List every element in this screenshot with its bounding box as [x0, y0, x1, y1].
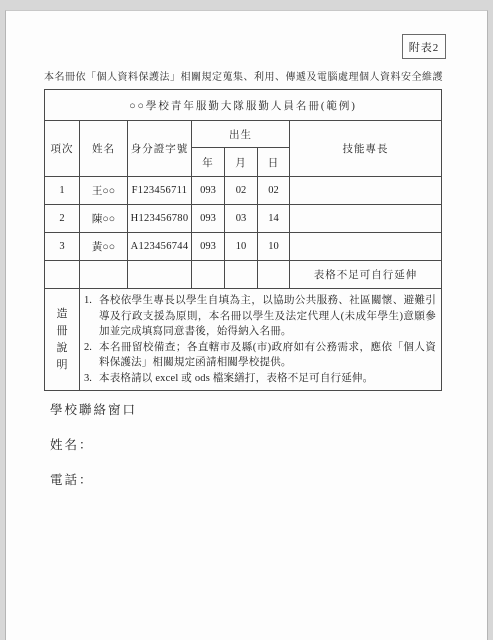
- appendix-tag-box: 附表2: [402, 34, 446, 59]
- cell-name: 王○○: [80, 177, 128, 205]
- header-name: 姓名: [80, 121, 128, 177]
- cell-id-number: F123456711: [128, 177, 192, 205]
- header-year: 年: [192, 148, 225, 177]
- cell-skills: [290, 177, 442, 205]
- cell-id-number: A123456744: [128, 233, 192, 261]
- header-index: 項次: [45, 121, 80, 177]
- cell-id-number: H123456780: [128, 205, 192, 233]
- notes-list: 1. 各校依學生專長以學生自填為主，以協助公共服務、社區關懷、避難引導及行政支援…: [80, 289, 441, 390]
- table-title: ○○學校青年服勤大隊服勤人員名冊(範例): [45, 90, 442, 121]
- extend-row: 表格不足可自行延伸: [45, 261, 442, 289]
- contact-name-label: 姓名：: [50, 435, 94, 453]
- privacy-statement: 本名冊依「個人資料保護法」相關規定蒐集、利用、傳遞及電腦處理個人資料安全維護: [44, 68, 441, 83]
- table-header-row-top: 項次 姓名 身分證字號 出生 技能專長: [45, 121, 442, 148]
- cell-id-empty: [128, 261, 192, 289]
- notes-label-vertical: 造冊說明: [56, 306, 69, 374]
- cell-index: 2: [45, 205, 80, 233]
- cell-day-empty: [258, 261, 290, 289]
- cell-skills: [290, 205, 442, 233]
- cell-month-empty: [225, 261, 258, 289]
- cell-day: 10: [258, 233, 290, 261]
- notes-cell: 1. 各校依學生專長以學生自填為主，以協助公共服務、社區關懷、避難引導及行政支援…: [80, 289, 442, 391]
- appendix-tag-label: 附表2: [409, 39, 440, 55]
- cell-name: 陳○○: [80, 205, 128, 233]
- cell-year: 093: [192, 233, 225, 261]
- cell-day: 02: [258, 177, 290, 205]
- table-row: 3 黃○○ A123456744 093 10 10: [45, 233, 442, 261]
- table-row: 1 王○○ F123456711 093 02 02: [45, 177, 442, 205]
- table-title-row: ○○學校青年服勤大隊服勤人員名冊(範例): [45, 90, 442, 121]
- note-item: 3. 本表格請以 excel 或 ods 檔案繕打，表格不足可自行延伸。: [84, 371, 436, 387]
- note-number: 2.: [84, 340, 99, 371]
- notes-row: 造冊說明 1. 各校依學生專長以學生自填為主，以協助公共服務、社區關懷、避難引導…: [45, 289, 442, 391]
- header-day: 日: [258, 148, 290, 177]
- note-number: 3.: [84, 371, 99, 387]
- notes-label-cell: 造冊說明: [45, 289, 80, 391]
- cell-year-empty: [192, 261, 225, 289]
- header-birth: 出生: [192, 121, 290, 148]
- note-text: 本表格請以 excel 或 ods 檔案繕打，表格不足可自行延伸。: [99, 371, 436, 387]
- cell-month: 10: [225, 233, 258, 261]
- cell-month: 03: [225, 205, 258, 233]
- table-row: 2 陳○○ H123456780 093 03 14: [45, 205, 442, 233]
- note-number: 1.: [84, 293, 99, 340]
- cell-index: 1: [45, 177, 80, 205]
- scanned-document-page: 附表2 本名冊依「個人資料保護法」相關規定蒐集、利用、傳遞及電腦處理個人資料安全…: [5, 10, 488, 640]
- note-item: 2. 本名冊留校備查；各直轄市及縣(市)政府如有公務需求，應依「個人資料保護法」…: [84, 340, 436, 371]
- header-id-number: 身分證字號: [128, 121, 192, 177]
- cell-index-empty: [45, 261, 80, 289]
- note-item: 1. 各校依學生專長以學生自填為主，以協助公共服務、社區關懷、避難引導及行政支援…: [84, 293, 436, 340]
- cell-name: 黃○○: [80, 233, 128, 261]
- cell-month: 02: [225, 177, 258, 205]
- header-month: 月: [225, 148, 258, 177]
- cell-year: 093: [192, 177, 225, 205]
- contact-section-heading: 學校聯絡窗口: [50, 400, 137, 418]
- cell-skills: [290, 233, 442, 261]
- cell-index: 3: [45, 233, 80, 261]
- note-text: 各校依學生專長以學生自填為主，以協助公共服務、社區關懷、避難引導及行政支援為原則…: [99, 293, 436, 340]
- cell-name-empty: [80, 261, 128, 289]
- extend-note: 表格不足可自行延伸: [290, 261, 442, 289]
- cell-day: 14: [258, 205, 290, 233]
- cell-year: 093: [192, 205, 225, 233]
- contact-phone-label: 電話：: [50, 470, 94, 488]
- roster-table: ○○學校青年服勤大隊服勤人員名冊(範例) 項次 姓名 身分證字號 出生 技能專長…: [44, 89, 442, 391]
- note-text: 本名冊留校備查；各直轄市及縣(市)政府如有公務需求，應依「個人資料保護法」相關規…: [99, 340, 436, 371]
- header-skills: 技能專長: [290, 121, 442, 177]
